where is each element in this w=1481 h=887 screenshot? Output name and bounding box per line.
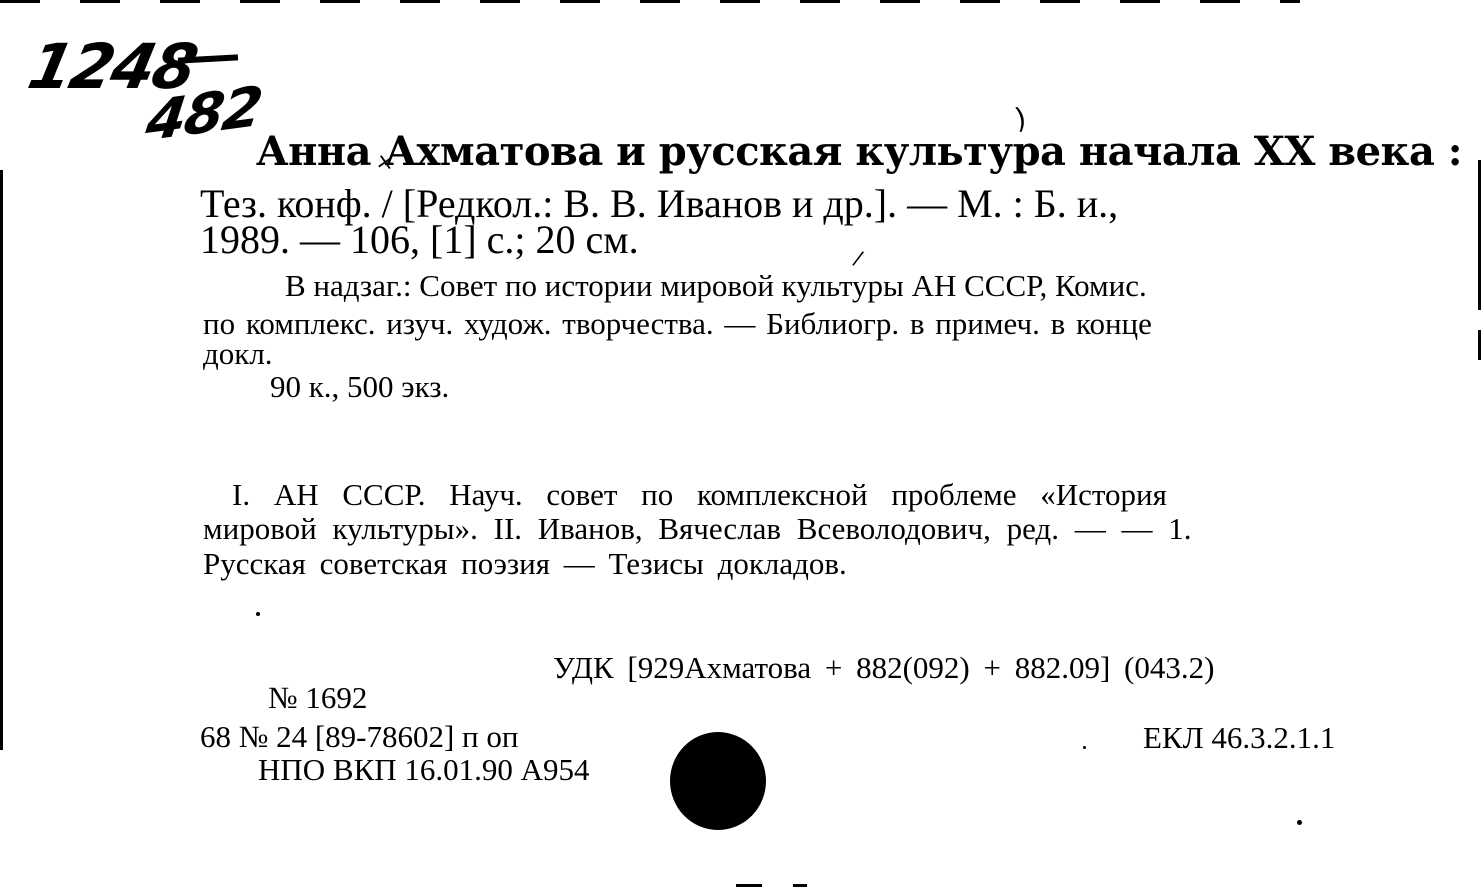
ink-speck (1083, 746, 1086, 749)
note-line: В надзаг.: Совет по истории мировой куль… (285, 268, 1147, 304)
note-line: докл. (203, 336, 273, 372)
note-line: по комплекс. изуч. худож. творчества. — … (203, 306, 1152, 342)
print-line: 68 № 24 [89-78602] п оп (200, 719, 518, 755)
scan-left-edge (0, 170, 3, 750)
ink-speck (256, 612, 260, 616)
price-line: 90 к., 500 экз. (270, 369, 449, 405)
ink-speck (1297, 820, 1302, 825)
card-title: Анна Ахматова и русская культура начала … (256, 128, 1462, 175)
tracing-line: I. АН СССР. Науч. совет по комплексной п… (232, 477, 1167, 513)
npo-line: НПО ВКП 16.01.90 А954 (258, 752, 590, 788)
tracing-line: Русская советская поэзия — Тезисы доклад… (203, 546, 847, 582)
classification-line: ЕКЛ 46.3.2.1.1 (1143, 720, 1335, 756)
imprint-line-2: 1989. — 106, [1] с.; 20 см. (200, 216, 639, 263)
card-number: № 1692 (268, 680, 367, 716)
ink-blot (670, 732, 766, 830)
udc-line: УДК [929Ахматова + 882(092) + 882.09] (0… (553, 650, 1214, 686)
handwritten-mark: / (851, 246, 866, 271)
scan-top-edge (0, 0, 1300, 3)
tracing-line: мировой культуры». II. Иванов, Вячеслав … (203, 511, 1191, 547)
